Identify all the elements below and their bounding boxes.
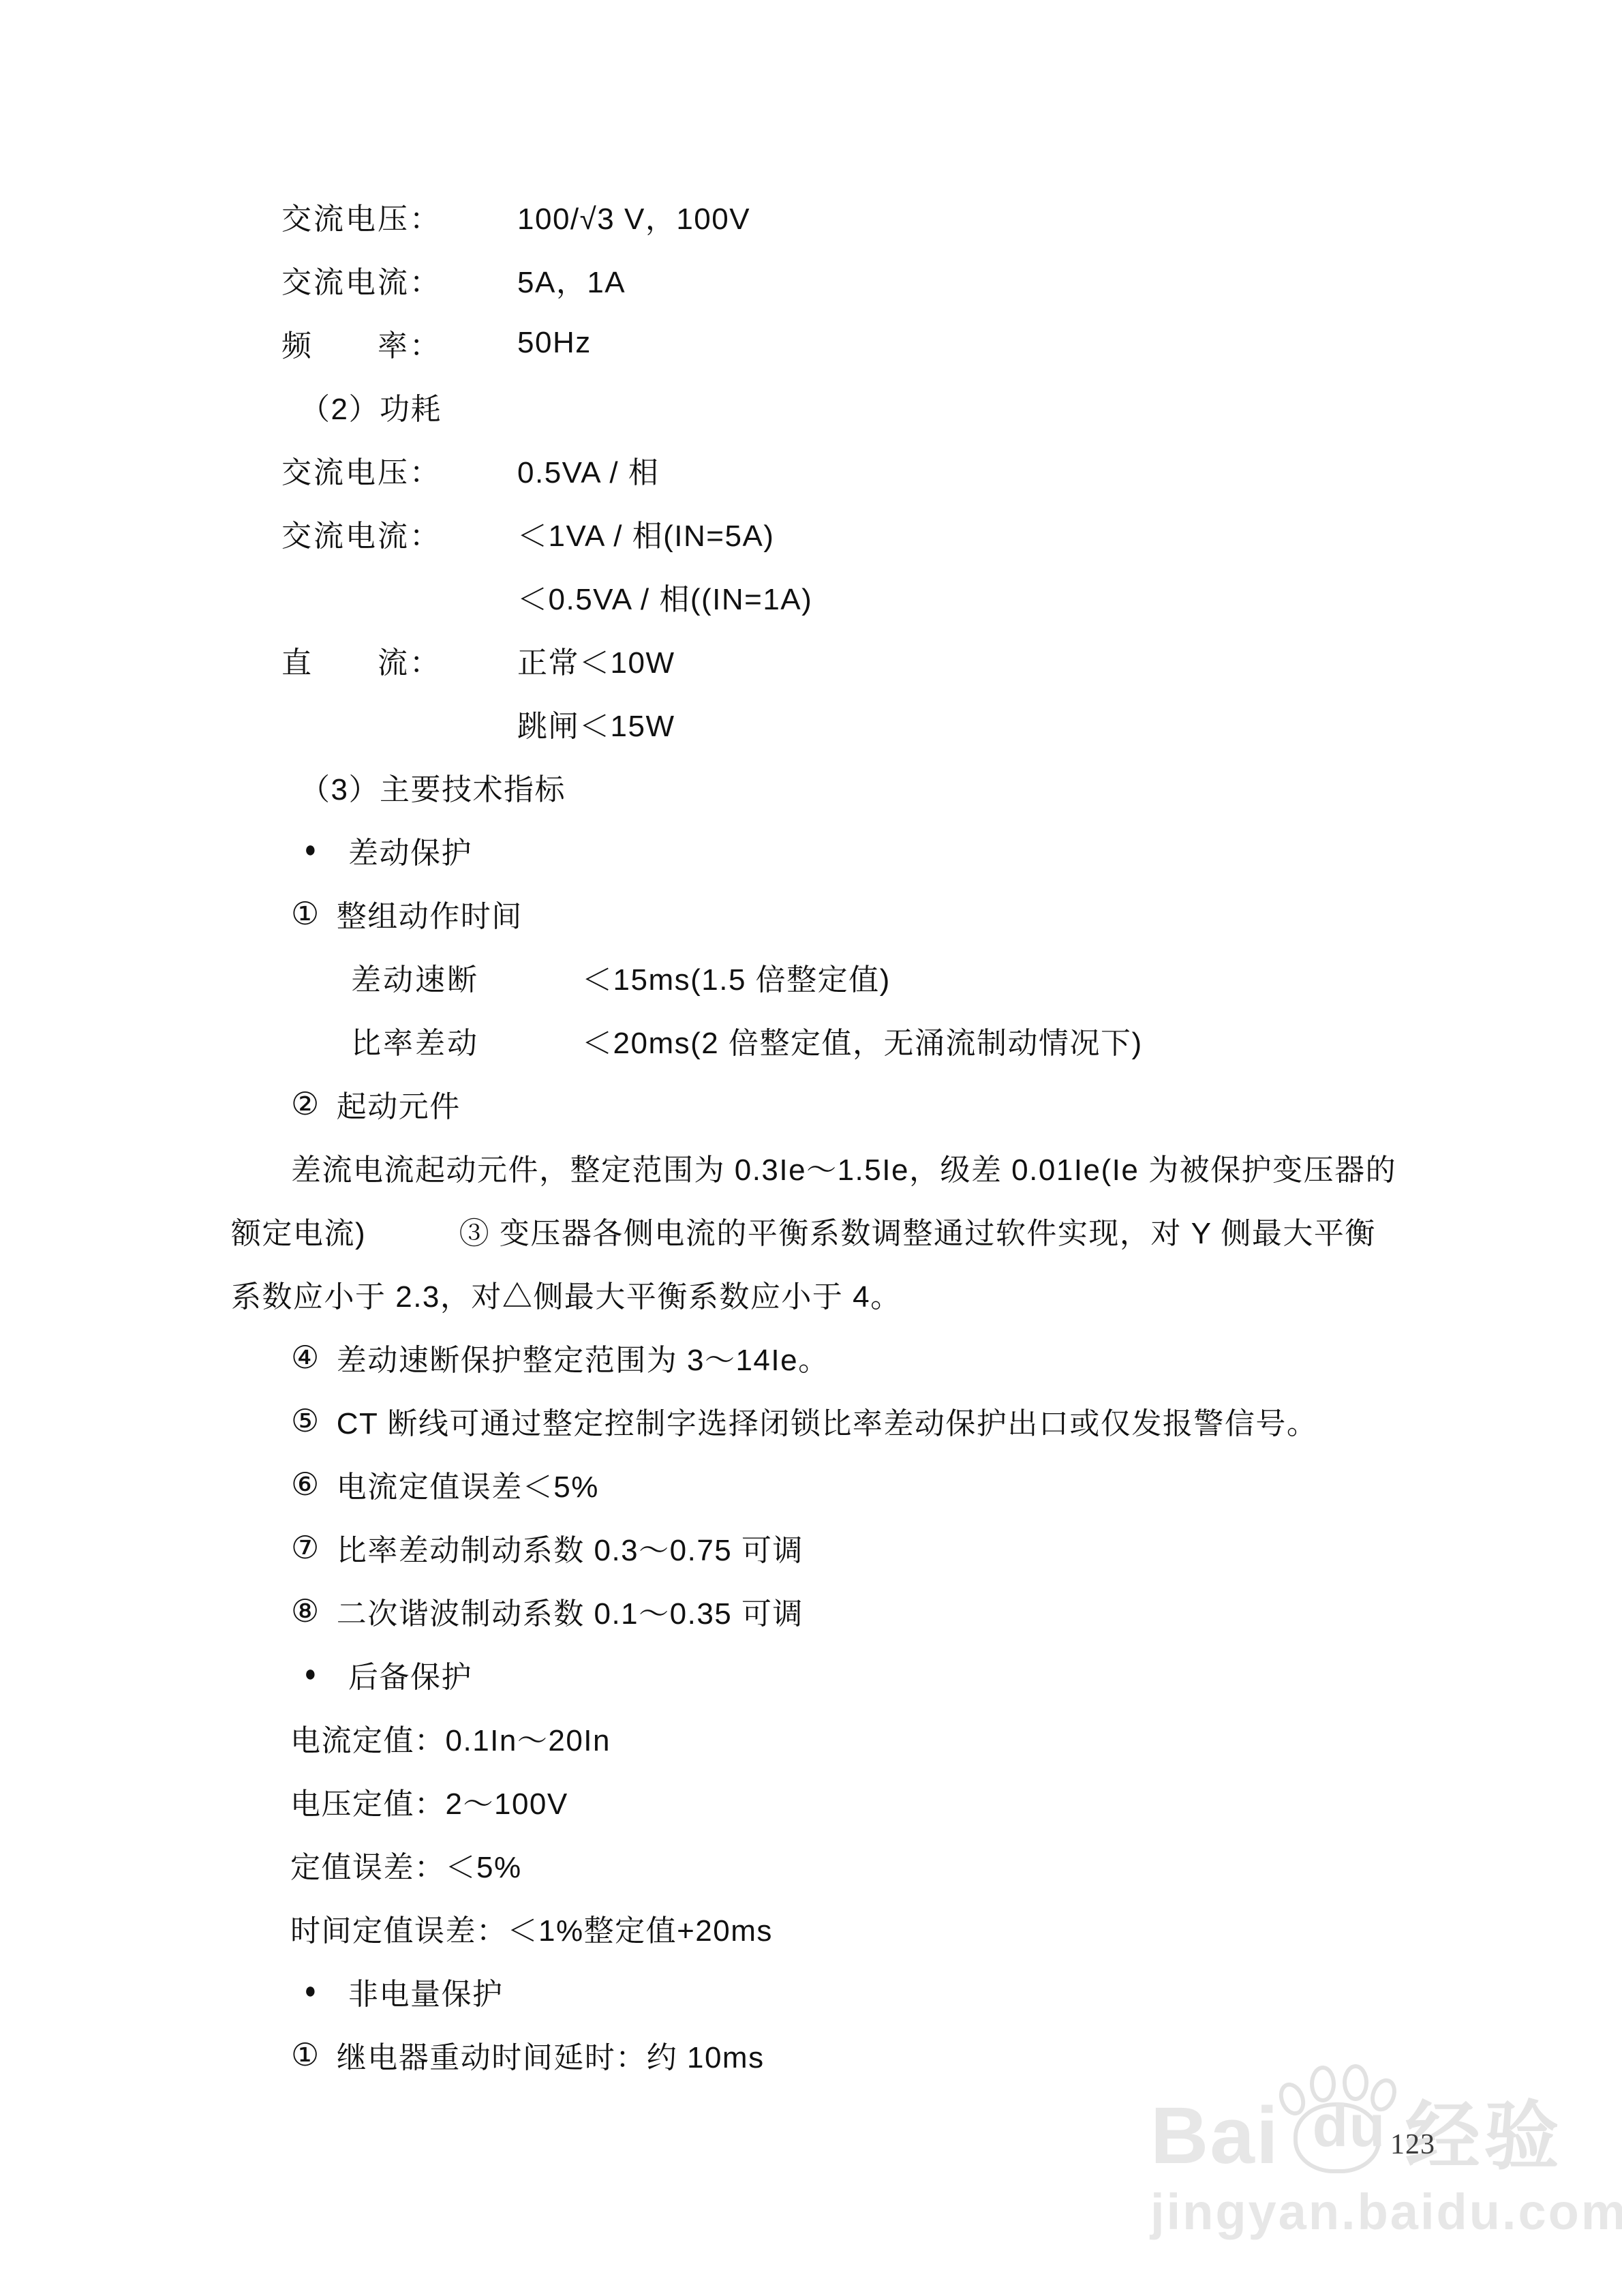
text-line: 跳闸＜15W [0,691,1622,755]
spec-value: 正常＜10W [517,638,675,682]
text-line: 电流定值：0.1In～20In [0,1706,1622,1769]
text-line: ●非电量保护 [0,1959,1622,2023]
document-body: 交流电压：100/√3 V，100V交流电流：5A，1A频 率：50Hz（2）功… [0,184,1622,2086]
spec-label: 频 率： [281,321,517,365]
text-line: ●差动保护 [0,818,1622,881]
text-line: ④差动速断保护整定范围为 3～14Ie。 [0,1325,1622,1389]
text-line: ①整组动作时间 [0,881,1622,945]
spec-value: ＜15ms(1.5 倍整定值) [582,955,891,999]
item-text: 起动元件 [337,1082,461,1126]
bullet-icon: ● [305,836,318,863]
spec-value: 100/√3 V，100V [517,194,750,238]
text-line: 差流电流起动元件，整定范围为 0.3Ie～1.5Ie，级差 0.01Ie(Ie … [0,1135,1622,1198]
circled-number: ⑥ [291,1466,320,1502]
bullet-text: 后备保护 [348,1652,472,1696]
item-text: 差动速断保护整定范围为 3～14Ie。 [337,1335,829,1379]
spec-value: 0.5VA / 相 [517,448,659,492]
text-line: ⑥电流定值误差＜5% [0,1452,1622,1515]
watermark-brand-du: du [1313,2097,1386,2156]
text-line: 频 率：50Hz [0,311,1622,374]
bullet-icon: ● [305,1661,318,1687]
text-line: 直 流：正常＜10W [0,628,1622,691]
bullet-text: 差动保护 [348,828,472,872]
item-text: 整组动作时间 [337,892,523,935]
spec-label: 交流电压： [281,448,517,492]
text-line: 交流电压：0.5VA / 相 [0,438,1622,501]
text-line: 交流电流：＜1VA / 相(IN=5A) [0,501,1622,564]
document-page: 交流电压：100/√3 V，100V交流电流：5A，1A频 率：50Hz（2）功… [0,0,1622,2296]
item-text: 继电器重动时间延时：约 10ms [337,2033,765,2076]
watermark-domain: jingyan.baidu.com [1150,2183,1587,2241]
item-text: CT 断线可通过整定控制字选择闭锁比率差动保护出口或仅发报警信号。 [337,1399,1318,1442]
item-text: 电流定值误差＜5% [337,1462,599,1506]
item-text: 比率差动制动系数 0.3～0.75 可调 [337,1526,804,1569]
text-line: 时间定值误差：＜1%整定值+20ms [0,1896,1622,1959]
text-line: （2）功耗 [0,374,1622,438]
text-line: 交流电压：100/√3 V，100V [0,184,1622,247]
text-line: 定值误差：＜5% [0,1832,1622,1896]
circled-number: ⑦ [291,1529,320,1566]
spec-label: 比率差动 [351,1018,582,1062]
text-line: ⑦比率差动制动系数 0.3～0.75 可调 [0,1515,1622,1579]
bullet-icon: ● [305,1978,318,2004]
spec-label: 直 流： [281,638,517,682]
baidu-jingyan-watermark: Bai du 经验 jingyan.baidu.com [1150,2074,1587,2241]
item-text: 二次谐波制动系数 0.1～0.35 可调 [337,1589,804,1633]
text-line: ②起动元件 [0,1072,1622,1135]
watermark-logo-row: Bai du 经验 [1150,2074,1587,2176]
spec-value: ＜20ms(2 倍整定值，无涌流制动情况下) [582,1018,1143,1062]
spec-value: ＜1VA / 相(IN=5A) [517,511,774,555]
baidu-paw-icon: du [1280,2067,1396,2176]
spec-label: 差动速断 [351,955,582,999]
text-line: 系数应小于 2.3，对△侧最大平衡系数应小于 4。 [0,1262,1622,1325]
text-line: （3）主要技术指标 [0,755,1622,818]
text-line: 交流电流：5A，1A [0,247,1622,311]
circled-number: ① [291,895,320,932]
spec-value: 50Hz [517,326,592,360]
bullet-text: 非电量保护 [348,1969,504,2013]
text-line: ⑧二次谐波制动系数 0.1～0.35 可调 [0,1579,1622,1642]
circled-number: ① [291,2036,320,2073]
watermark-brand-bai: Bai [1150,2096,1280,2176]
circled-number: ④ [291,1339,320,1376]
spec-value: 5A，1A [517,258,626,301]
spec-label: 交流电流： [281,511,517,555]
spec-label: 交流电流： [281,258,517,301]
spec-label: 交流电压： [281,194,517,238]
text-line: 差动速断＜15ms(1.5 倍整定值) [0,945,1622,1008]
text-line: 电压定值：2～100V [0,1769,1622,1832]
circled-number: ⑤ [291,1402,320,1439]
page-number: 123 [1390,2128,1435,2161]
circled-number: ② [291,1085,320,1122]
text-line: ⑤CT 断线可通过整定控制字选择闭锁比率差动保护出口或仅发报警信号。 [0,1389,1622,1452]
text-line: 额定电流) ③ 变压器各侧电流的平衡系数调整通过软件实现，对 Y 侧最大平衡 [0,1198,1622,1262]
circled-number: ⑧ [291,1592,320,1629]
text-line: 比率差动＜20ms(2 倍整定值，无涌流制动情况下) [0,1008,1622,1072]
text-line: ＜0.5VA / 相((IN=1A) [0,564,1622,628]
text-line: ●后备保护 [0,1642,1622,1706]
